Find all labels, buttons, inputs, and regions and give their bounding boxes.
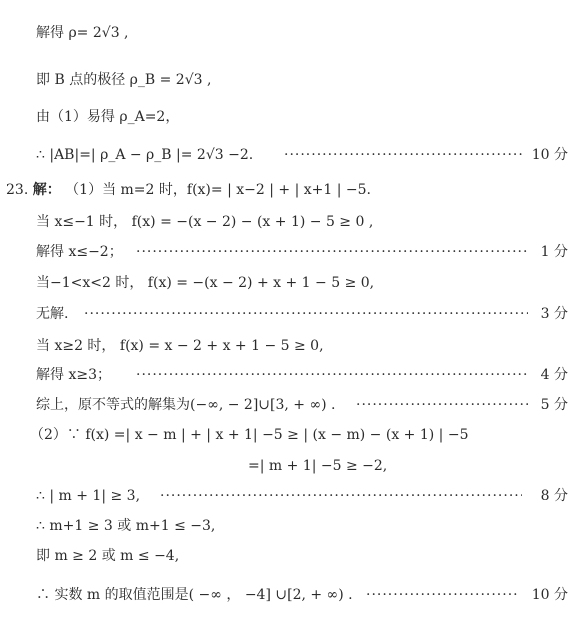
line-text: 无解. [36,303,68,325]
line-solve-rho: 解得 ρ= 2√3 , [36,22,580,44]
line-part-2: （2）∵ f(x) =| x − m | + | x + 1| −5 ≥ | (… [30,424,580,446]
line-case-1-result: 解得 x≤−2； ·······························… [36,241,580,263]
line-text: （2）∵ f(x) =| x − m | + | x + 1| −5 ≥ | (… [30,424,468,446]
line-text: 解得 ρ= 2√3 , [36,22,129,44]
line-m-range: 即 m ≥ 2 或 m ≤ −4, [36,545,580,567]
line-text: =| m + 1| −5 ≥ −2, [248,455,387,477]
line-text: 即 m ≥ 2 或 m ≤ −4, [36,545,179,567]
line-text: ∴ | m + 1| ≥ 3, [36,485,140,507]
line-abs-m-plus-1: ∴ | m + 1| ≥ 3, ························… [36,485,580,507]
dot-leader: ········································… [284,144,524,166]
score-label: 10 分 [532,144,568,166]
line-text: （1）当 m=2 时，f(x)= | x−2 | + | x+1 | −5. [65,182,371,198]
line-case-2-result: 无解. ····································… [36,303,580,325]
line-case-3: 当 x≥2 时， f(x) = x − 2 + x + 1 − 5 ≥ 0, [36,335,580,357]
score-label: 1 分 [541,241,568,263]
line-text: ∴ 实数 m 的取值范围是( −∞ ， −4] ∪[2, + ∞) . [36,584,353,606]
dot-leader: ········································… [84,303,528,325]
score-label: 3 分 [541,303,568,325]
score-label: 8 分 [541,485,568,507]
line-part-2-cont: =| m + 1| −5 ≥ −2, [36,455,580,477]
dot-leader: ········································… [136,241,528,263]
line-rho-a: 由（1）易得 ρ_A=2， [36,106,580,128]
line-text: 综上，原不等式的解集为(−∞, − 2]∪[3, + ∞) . [36,394,336,416]
score-label: 5 分 [541,394,568,416]
score-label: 10 分 [532,584,568,606]
line-text: 解得 x≥3； [36,364,111,386]
line-solution-set: 综上，原不等式的解集为(−∞, − 2]∪[3, + ∞) . ········… [36,394,580,416]
line-text: 当 x≤−1 时， f(x) = −(x − 2) − (x + 1) − 5 … [36,211,373,233]
dot-leader: ········································… [160,485,522,507]
line-m-cases: ∴ m+1 ≥ 3 或 m+1 ≤ −3, [36,515,580,537]
score-label: 4 分 [541,364,568,386]
line-case-2: 当−1<x<2 时， f(x) = −(x − 2) + x + 1 − 5 ≥… [36,272,580,294]
line-final-answer: ∴ 实数 m 的取值范围是( −∞ ， −4] ∪[2, + ∞) . ····… [36,584,580,606]
line-case-3-result: 解得 x≥3； ································… [36,364,580,386]
dot-leader: ········································… [366,584,518,606]
line-text: ∴ m+1 ≥ 3 或 m+1 ≤ −3, [36,515,215,537]
line-text: 当−1<x<2 时， f(x) = −(x − 2) + x + 1 − 5 ≥… [36,272,374,294]
solution-label: 解： [33,182,61,198]
line-problem-23: 23. 解： （1）当 m=2 时，f(x)= | x−2 | + | x+1 … [6,179,580,201]
line-text: 由（1）易得 ρ_A=2， [36,106,179,128]
line-text: 解得 x≤−2； [36,241,123,263]
line-text: 即 B 点的极径 ρ_B = 2√3 , [36,69,211,91]
line-polar-radius-b: 即 B 点的极径 ρ_B = 2√3 , [36,69,580,91]
line-text: ∴ |AB|=| ρ_A − ρ_B |= 2√3 −2. [36,144,253,166]
dot-leader: ········································… [136,364,528,386]
line-text: 当 x≥2 时， f(x) = x − 2 + x + 1 − 5 ≥ 0, [36,335,324,357]
dot-leader: ········································… [356,394,528,416]
problem-number: 23. [6,182,28,198]
line-ab-distance: ∴ |AB|=| ρ_A − ρ_B |= 2√3 −2. ··········… [36,144,580,166]
line-case-1: 当 x≤−1 时， f(x) = −(x − 2) − (x + 1) − 5 … [36,211,580,233]
